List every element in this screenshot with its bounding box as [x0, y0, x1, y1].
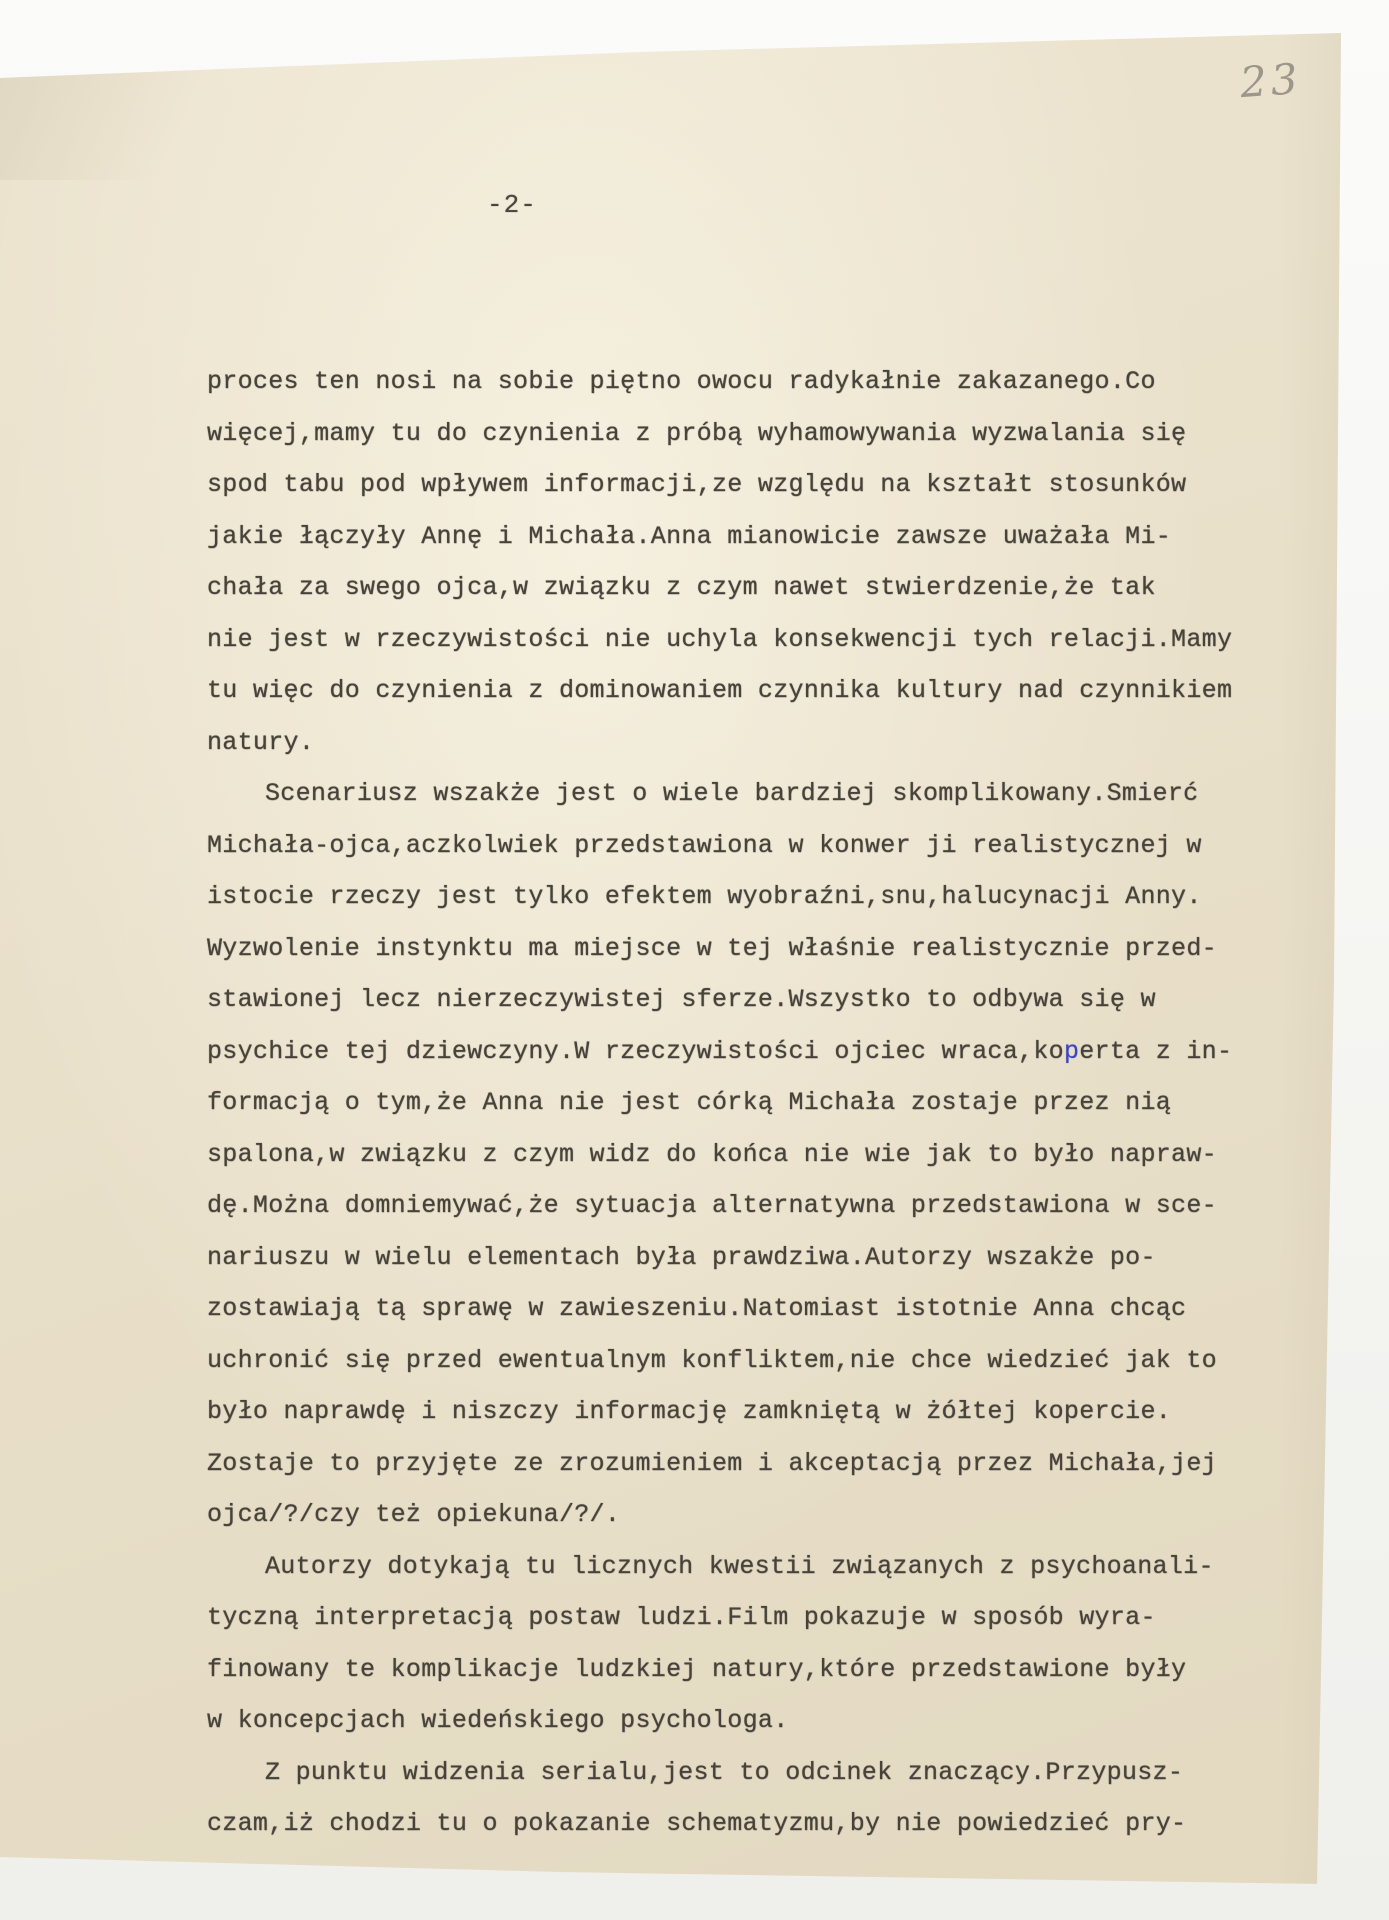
typed-segment: nie jest w rzeczywistości nie uchyla kon…: [207, 625, 1232, 654]
page-number: -2-: [487, 190, 537, 220]
typed-segment: psychice tej dziewczyny.W rzeczywistości…: [207, 1037, 1064, 1066]
text-line: spod tabu pod wpływem informacji,ze wzgl…: [207, 459, 1327, 511]
text-line: więcej,mamy tu do czynienia z próbą wyha…: [207, 408, 1327, 460]
typed-segment: ojca/?/czy też opiekuna/?/.: [207, 1500, 620, 1529]
pen-corrected-letter: p: [1064, 1037, 1079, 1066]
typed-segment: stawionej lecz nierzeczywistej sferze.Ws…: [207, 985, 1156, 1014]
text-line: psychice tej dziewczyny.W rzeczywistości…: [207, 1026, 1327, 1078]
text-line: dę.Można domniemywać,że sytuacja alterna…: [207, 1180, 1327, 1232]
text-line: nie jest w rzeczywistości nie uchyla kon…: [207, 614, 1327, 666]
typed-segment: więcej,mamy tu do czynienia z próbą wyha…: [207, 419, 1186, 448]
typed-segment: Autorzy dotykają tu licznych kwestii zwi…: [265, 1552, 1214, 1581]
typed-segment: chała za swego ojca,w związku z czym naw…: [207, 573, 1156, 602]
typed-segment: Wyzwolenie instynktu ma miejsce w tej wł…: [207, 934, 1217, 963]
typed-segment: zostawiają tą sprawę w zawieszeniu.Natom…: [207, 1294, 1186, 1323]
typed-segment: formacją o tym,że Anna nie jest córką Mi…: [207, 1088, 1171, 1117]
typed-segment: było naprawdę i niszczy informację zamkn…: [207, 1397, 1171, 1426]
paragraph: Autorzy dotykają tu licznych kwestii zwi…: [207, 1541, 1327, 1747]
typed-segment: proces ten nosi na sobie piętno owocu ra…: [207, 367, 1156, 396]
typed-segment: spalona,w związku z czym widz do końca n…: [207, 1140, 1217, 1169]
text-line: tu więc do czynienia z dominowaniem czyn…: [207, 665, 1327, 717]
text-line: ojca/?/czy też opiekuna/?/.: [207, 1489, 1327, 1541]
text-line: finowany te komplikacje ludzkiej natury,…: [207, 1644, 1327, 1696]
text-line: Michała-ojca,aczkolwiek przedstawiona w …: [207, 820, 1327, 872]
text-line: nariuszu w wielu elementach była prawdzi…: [207, 1232, 1327, 1284]
text-line: Z punktu widzenia serialu,jest to odcine…: [207, 1747, 1327, 1799]
paragraph: Scenariusz wszakże jest o wiele bardziej…: [207, 768, 1327, 1541]
text-line: czam,iż chodzi tu o pokazanie schematyzm…: [207, 1798, 1327, 1850]
typed-segment: dę.Można domniemywać,że sytuacja alterna…: [207, 1191, 1217, 1220]
text-line: stawionej lecz nierzeczywistej sferze.Ws…: [207, 974, 1327, 1026]
text-line: spalona,w związku z czym widz do końca n…: [207, 1129, 1327, 1181]
text-line: chała za swego ojca,w związku z czym naw…: [207, 562, 1327, 614]
typed-segment: tu więc do czynienia z dominowaniem czyn…: [207, 676, 1232, 705]
typed-segment: Z punktu widzenia serialu,jest to odcine…: [265, 1758, 1183, 1787]
text-line: istocie rzeczy jest tylko efektem wyobra…: [207, 871, 1327, 923]
typed-segment: Michała-ojca,aczkolwiek przedstawiona w …: [207, 831, 1202, 860]
text-line: tyczną interpretacją postaw ludzi.Film p…: [207, 1592, 1327, 1644]
text-line: w koncepcjach wiedeńskiego psychologa.: [207, 1695, 1327, 1747]
handwritten-page-number: 23: [1238, 54, 1303, 107]
text-line: formacją o tym,że Anna nie jest córką Mi…: [207, 1077, 1327, 1129]
paper-sheet: 23 -2- proces ten nosi na sobie piętno o…: [0, 0, 1389, 1920]
text-line: Wyzwolenie instynktu ma miejsce w tej wł…: [207, 923, 1327, 975]
text-line: natury.: [207, 717, 1327, 769]
typed-segment: tyczną interpretacją postaw ludzi.Film p…: [207, 1603, 1156, 1632]
paragraph: Z punktu widzenia serialu,jest to odcine…: [207, 1747, 1327, 1850]
text-line: Autorzy dotykają tu licznych kwestii zwi…: [207, 1541, 1327, 1593]
typed-segment: finowany te komplikacje ludzkiej natury,…: [207, 1655, 1186, 1684]
typed-segment: w koncepcjach wiedeńskiego psychologa.: [207, 1706, 789, 1735]
typed-segment: erta z in-: [1079, 1037, 1232, 1066]
typed-segment: istocie rzeczy jest tylko efektem wyobra…: [207, 882, 1202, 911]
typed-segment: spod tabu pod wpływem informacji,ze wzgl…: [207, 470, 1186, 499]
typed-segment: Scenariusz wszakże jest o wiele bardziej…: [265, 779, 1198, 808]
text-line: uchronić się przed ewentualnym konflikte…: [207, 1335, 1327, 1387]
typed-segment: natury.: [207, 728, 314, 757]
typed-segment: jakie łączyły Annę i Michała.Anna mianow…: [207, 522, 1171, 551]
typed-segment: uchronić się przed ewentualnym konflikte…: [207, 1346, 1217, 1375]
text-line: Scenariusz wszakże jest o wiele bardziej…: [207, 768, 1327, 820]
text-line: jakie łączyły Annę i Michała.Anna mianow…: [207, 511, 1327, 563]
text-line: Zostaje to przyjęte ze zrozumieniem i ak…: [207, 1438, 1327, 1490]
paragraph: proces ten nosi na sobie piętno owocu ra…: [207, 356, 1327, 768]
text-line: zostawiają tą sprawę w zawieszeniu.Natom…: [207, 1283, 1327, 1335]
typed-segment: Zostaje to przyjęte ze zrozumieniem i ak…: [207, 1449, 1217, 1478]
text-line: było naprawdę i niszczy informację zamkn…: [207, 1386, 1327, 1438]
text-line: proces ten nosi na sobie piętno owocu ra…: [207, 356, 1327, 408]
typed-segment: czam,iż chodzi tu o pokazanie schematyzm…: [207, 1809, 1186, 1838]
typed-segment: nariuszu w wielu elementach była prawdzi…: [207, 1243, 1156, 1272]
typed-text: proces ten nosi na sobie piętno owocu ra…: [207, 356, 1327, 1850]
